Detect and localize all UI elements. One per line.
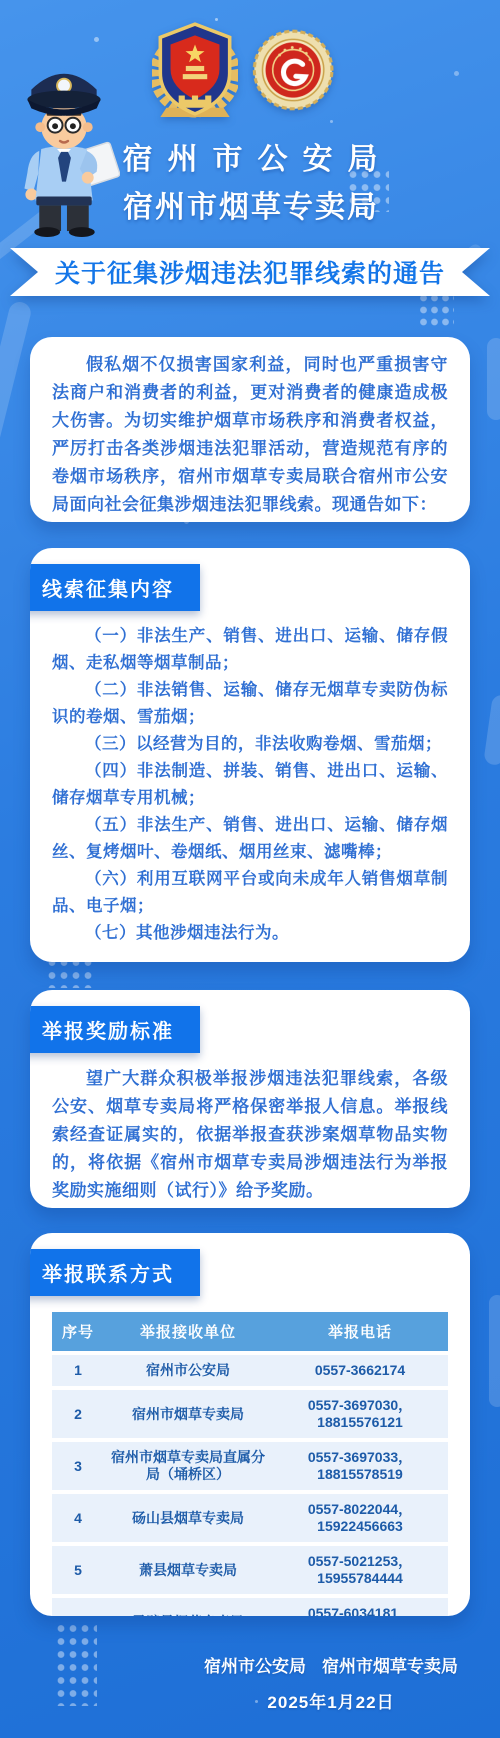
contact-table-header-row: 序号 举报接收单位 举报电话 [52,1312,448,1351]
light-streak-decoration [489,1295,500,1407]
intro-paragraph: 假私烟不仅损害国家利益，同时也严重损害守法商户和消费者的利益，更对消费者的健康造… [52,351,448,519]
report-phone: 0557-3697033，18815578519 [272,1442,448,1490]
report-phone: 0557-6034181，13866596678 [272,1598,448,1616]
notice-title-banner: 关于征集涉烟违法犯罪线索的通告 [10,248,490,296]
report-unit: 砀山县烟草专卖局 [104,1494,272,1542]
row-index: 6 [52,1598,104,1616]
contact-row: 5萧县烟草专卖局0557-5021253，15955784444 [52,1546,448,1594]
clue-item: （二）非法销售、运输、储存无烟草专卖防伪标识的卷烟、雪茄烟； [52,677,448,731]
report-unit: 宿州市烟草专卖局 [104,1390,272,1438]
tobacco-monopoly-emblem-icon [249,20,336,125]
light-streak-decoration [0,300,33,461]
column-header-unit: 举报接收单位 [104,1312,272,1351]
police-emblem-icon [152,18,238,125]
clue-item: （四）非法制造、拼装、销售、进出口、运输、储存烟草专用机械； [52,758,448,812]
light-streak-decoration [483,694,500,766]
clue-item: （六）利用互联网平台或向未成年人销售烟草制品、电子烟； [52,866,448,920]
sparkle-dots-decoration [0,0,3,3]
org-title-police: 宿州市公安局 [0,134,500,178]
report-phone: 0557-3697030，18815576121 [272,1390,448,1438]
contact-row: 1宿州市公安局0557-3662174 [52,1355,448,1386]
clue-item: （一）非法生产、销售、进出口、运输、储存假烟、走私烟等烟草制品； [52,623,448,677]
row-index: 4 [52,1494,104,1542]
report-unit: 宿州市公安局 [104,1355,272,1386]
org-title-tobacco: 宿州市烟草专卖局 [0,182,500,226]
reward-card: 举报奖励标准 望广大群众积极举报涉烟违法犯罪线索，各级公安、烟草专卖局将严格保密… [30,990,470,1208]
contact-card: 举报联系方式 序号 举报接收单位 举报电话 1宿州市公安局0557-366217… [30,1233,470,1616]
contact-table: 序号 举报接收单位 举报电话 1宿州市公安局0557-36621742宿州市烟草… [52,1308,448,1616]
column-header-index: 序号 [52,1312,104,1351]
report-unit: 灵璧县烟草专卖局 [104,1598,272,1616]
dot-grid-decoration [55,1622,97,1706]
section-heading-contact: 举报联系方式 [30,1249,200,1296]
report-phone: 0557-8022044，15922456663 [272,1494,448,1542]
clue-item: （七）其他涉烟违法行为。 [52,920,448,947]
footer-orgs: 宿州市公安局宿州市烟草专卖局 [196,1652,466,1677]
row-index: 2 [52,1390,104,1438]
contact-row: 3宿州市烟草专卖局直属分局（埇桥区）0557-3697033，188155785… [52,1442,448,1490]
footer-signature-block: 宿州市公安局宿州市烟草专卖局 2025年1月22日 [196,1652,466,1713]
clues-card: 线索征集内容 （一）非法生产、销售、进出口、运输、储存假烟、走私烟等烟草制品；（… [30,548,470,962]
clue-item: （五）非法生产、销售、进出口、运输、储存烟丝、复烤烟叶、卷烟纸、烟用丝束、滤嘴棒… [52,812,448,866]
notice-poster: 宿州市公安局 宿州市烟草专卖局 关于征集涉烟违法犯罪线索的通告 假私烟不仅损害国… [0,0,500,1738]
section-heading-reward: 举报奖励标准 [30,1006,200,1053]
footer-org-tobacco: 宿州市烟草专卖局 [322,1657,458,1676]
contact-row: 6灵璧县烟草专卖局0557-6034181，13866596678 [52,1598,448,1616]
report-unit: 宿州市烟草专卖局直属分局（埇桥区） [104,1442,272,1490]
intro-card: 假私烟不仅损害国家利益，同时也严重损害守法商户和消费者的利益，更对消费者的健康造… [30,337,470,522]
clue-item: （三）以经营为目的，非法收购卷烟、雪茄烟； [52,731,448,758]
dot-grid-decoration [418,292,454,328]
row-index: 5 [52,1546,104,1594]
report-phone: 0557-5021253，15955784444 [272,1546,448,1594]
contact-row: 4砀山县烟草专卖局0557-8022044，15922456663 [52,1494,448,1542]
reward-paragraph: 望广大群众积极举报涉烟违法犯罪线索，各级公安、烟草专卖局将严格保密举报人信息。举… [52,1065,448,1205]
report-unit: 萧县烟草专卖局 [104,1546,272,1594]
contact-row: 2宿州市烟草专卖局0557-3697030，18815576121 [52,1390,448,1438]
row-index: 1 [52,1355,104,1386]
report-phone: 0557-3662174 [272,1355,448,1386]
row-index: 3 [52,1442,104,1490]
footer-org-police: 宿州市公安局 [204,1657,306,1676]
light-streak-decoration [487,338,500,420]
footer-date: 2025年1月22日 [196,1688,466,1713]
notice-title: 关于征集涉烟违法犯罪线索的通告 [55,254,445,290]
column-header-phone: 举报电话 [272,1312,448,1351]
section-heading-clues: 线索征集内容 [30,564,200,611]
clue-list: （一）非法生产、销售、进出口、运输、储存假烟、走私烟等烟草制品；（二）非法销售、… [52,623,448,947]
